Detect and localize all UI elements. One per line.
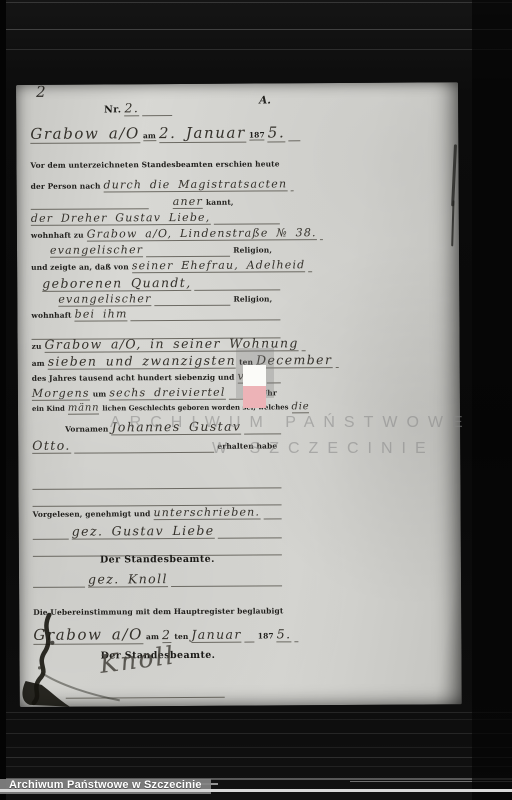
printed-text: Religion, [234, 294, 273, 303]
scan-streak [0, 712, 512, 713]
printed-text: Religion, [233, 245, 272, 254]
religion-line-2: evangelischer Religion, [31, 291, 275, 306]
scan-streak [0, 719, 512, 720]
rule-fill [213, 210, 279, 224]
handwritten-text: Johannes Gustav [111, 419, 241, 436]
rule-gap [152, 195, 170, 208]
rule-fill [31, 195, 149, 210]
religion-line-1: evangelischer Religion, [31, 242, 275, 257]
handwritten-text: Grabow a/O [33, 625, 143, 645]
printed-text: Vor dem unterzeichneten Standesbeamten e… [30, 159, 279, 170]
scan-photo[interactable]: 2 A. Nr.2. Grabow a/Oam2. Januar1875. Vo… [0, 0, 512, 800]
handwritten-text: durch die Magistratsacten [103, 177, 287, 192]
intro-line: Vor dem unterzeichneten Standesbeamten e… [30, 159, 282, 170]
printed-text: Vornamen [65, 424, 108, 433]
scan-streak [0, 747, 512, 748]
handwritten-text: evangelischer [58, 292, 151, 307]
rule-fill [263, 505, 282, 519]
blank-rule [32, 491, 284, 507]
rule-gap [31, 244, 47, 257]
scan-streak [0, 733, 512, 734]
handwritten-text: unterschrieben. [153, 506, 260, 521]
handwritten-text: Grabow a/O, Lindenstraße № 38. [87, 226, 317, 241]
printed-text: 187 [249, 130, 265, 140]
father-signature-line: gez. Gustav Liebe [33, 522, 285, 540]
book-gutter-shadow [0, 0, 6, 800]
handwritten-text: sieben und zwanzigsten [48, 353, 236, 370]
printed-text: des Jahres tausend acht hundert siebenzi… [32, 373, 235, 383]
rule-fill [142, 102, 172, 116]
printed-text: erhalten habe [217, 441, 277, 450]
printed-text: und zeigte an, daß von [31, 262, 129, 272]
printed-text: kannt, [206, 198, 234, 207]
page-corner-number: 2 [36, 83, 46, 101]
scan-streak [0, 766, 512, 767]
record-number-line: Nr.2. [104, 100, 214, 117]
printed-text: um [93, 389, 107, 398]
printed-text: am [146, 632, 159, 641]
first-names-line: VornamenJohannes Gustav [32, 418, 284, 436]
living-with-line: wohnhaftbei ihm [31, 306, 283, 322]
printed-text: ein Kind [32, 405, 65, 413]
identity-line: der Person nachdurch die Magistratsacten [31, 177, 283, 193]
rule-fill [245, 629, 255, 643]
printed-text: Vorgelesen, genehmigt und [33, 509, 151, 519]
handwritten-text: geborenen Quandt, [42, 275, 191, 292]
handwritten-text: männ [68, 402, 100, 414]
bottom-scan-line [0, 789, 512, 792]
printed-text: zu [32, 342, 42, 351]
form-lines-container: Nr.2. Grabow a/Oam2. Januar1875. Vor dem… [16, 82, 458, 85]
handwritten-text: bei ihm [75, 307, 128, 321]
handwritten-text: evangelischer [50, 243, 143, 258]
scan-streak [0, 49, 512, 50]
printed-text: wohnhaft zu [31, 231, 84, 240]
edge-damage-mark [451, 144, 457, 206]
rule-fill [288, 127, 300, 141]
rule-fill [154, 292, 230, 306]
scan-streak [0, 2, 512, 3]
printed-text: der Person nach [31, 181, 101, 190]
registrar-signature: Knoll [98, 641, 177, 679]
rule-fill [290, 177, 294, 191]
rule-fill [294, 628, 298, 642]
handwritten-text: die [291, 401, 309, 413]
blank-rule [32, 474, 284, 490]
flag-red-field [243, 386, 266, 408]
maiden-name-line: geborenen Quandt, [31, 274, 283, 292]
rule-fill [33, 526, 69, 540]
edge-damage-mark [451, 200, 454, 246]
scan-streak [0, 29, 512, 30]
mother-line: und zeigte an, daß vonseiner Ehefrau, Ad… [31, 258, 283, 274]
printed-text: Die Uebereinstimmung mit dem Hauptregist… [33, 606, 283, 617]
rule-fill [32, 491, 281, 507]
handwritten-text: 2. Januar [159, 124, 246, 144]
certification-date-line: Grabow a/Oam2tenJanuar 1875. [33, 624, 271, 644]
rule-gap [32, 422, 62, 435]
printed-text: am [32, 359, 45, 368]
handwritten-text: 2. [124, 100, 139, 116]
printed-text: wohnhaft [31, 311, 71, 320]
printed-text: ten [174, 632, 188, 641]
rule-fill [171, 572, 282, 587]
handwritten-text: sechs dreiviertel [109, 386, 225, 401]
handwritten-text: der Dreher Gustav Liebe, [31, 211, 211, 226]
handwritten-text: 5. [277, 626, 292, 642]
rule-fill [74, 439, 215, 454]
certification-line: Die Uebereinstimmung mit dem Hauptregist… [33, 606, 285, 617]
name-otto-line: Otto. erhalten habe [32, 436, 280, 454]
rule-fill [302, 337, 306, 351]
scan-streak [0, 757, 512, 758]
handwritten-text: 5. [268, 123, 286, 142]
signature-rule [66, 684, 228, 699]
rule-fill [320, 226, 324, 240]
date-line: Grabow a/Oam2. Januar1875. [30, 123, 282, 144]
rule-fill [217, 524, 281, 538]
flag-white-field [243, 365, 266, 386]
rule-fill [146, 243, 230, 258]
residence-line: wohnhaft zuGrabow a/O, Lindenstraße № 38… [31, 226, 283, 242]
handwritten-text: gez. Knoll [88, 571, 168, 587]
handwritten-text: Otto. [32, 438, 71, 454]
rule-fill [131, 306, 281, 321]
rule-fill [244, 420, 281, 434]
handwritten-text: gez. Gustav Liebe [72, 523, 215, 540]
registrar-signature-line: gez. Knoll [33, 570, 285, 588]
rule-gap [31, 278, 39, 291]
handwritten-text: seiner Ehefrau, Adelheid [132, 258, 306, 273]
printed-text: Der Standesbeamte. [100, 554, 215, 566]
registrar-heading-1: Der Standesbeamte. [33, 553, 285, 566]
handwritten-text: aner [173, 195, 203, 209]
rule-fill [308, 258, 312, 272]
register-letter: A. [259, 94, 271, 106]
rule-fill [335, 354, 339, 368]
right-dark-column [472, 0, 512, 800]
approval-line: Vorgelesen, genehmigt undunterschrieben. [33, 505, 285, 521]
handwritten-text: Grabow a/O [30, 124, 140, 144]
handwritten-text: Morgens [32, 387, 90, 401]
printed-text: 187 [258, 631, 274, 640]
printed-text: am [143, 131, 156, 141]
printed-text: Nr. [104, 104, 121, 115]
rule-fill [195, 276, 281, 291]
rule-fill [33, 574, 85, 588]
rule-gap [31, 293, 55, 306]
handwritten-text: Januar [191, 627, 242, 643]
anerkannt-line: anerkannt, [31, 194, 273, 209]
rule-fill [66, 684, 225, 699]
rule-fill [32, 474, 281, 490]
father-line: der Dreher Gustav Liebe, [31, 210, 283, 226]
